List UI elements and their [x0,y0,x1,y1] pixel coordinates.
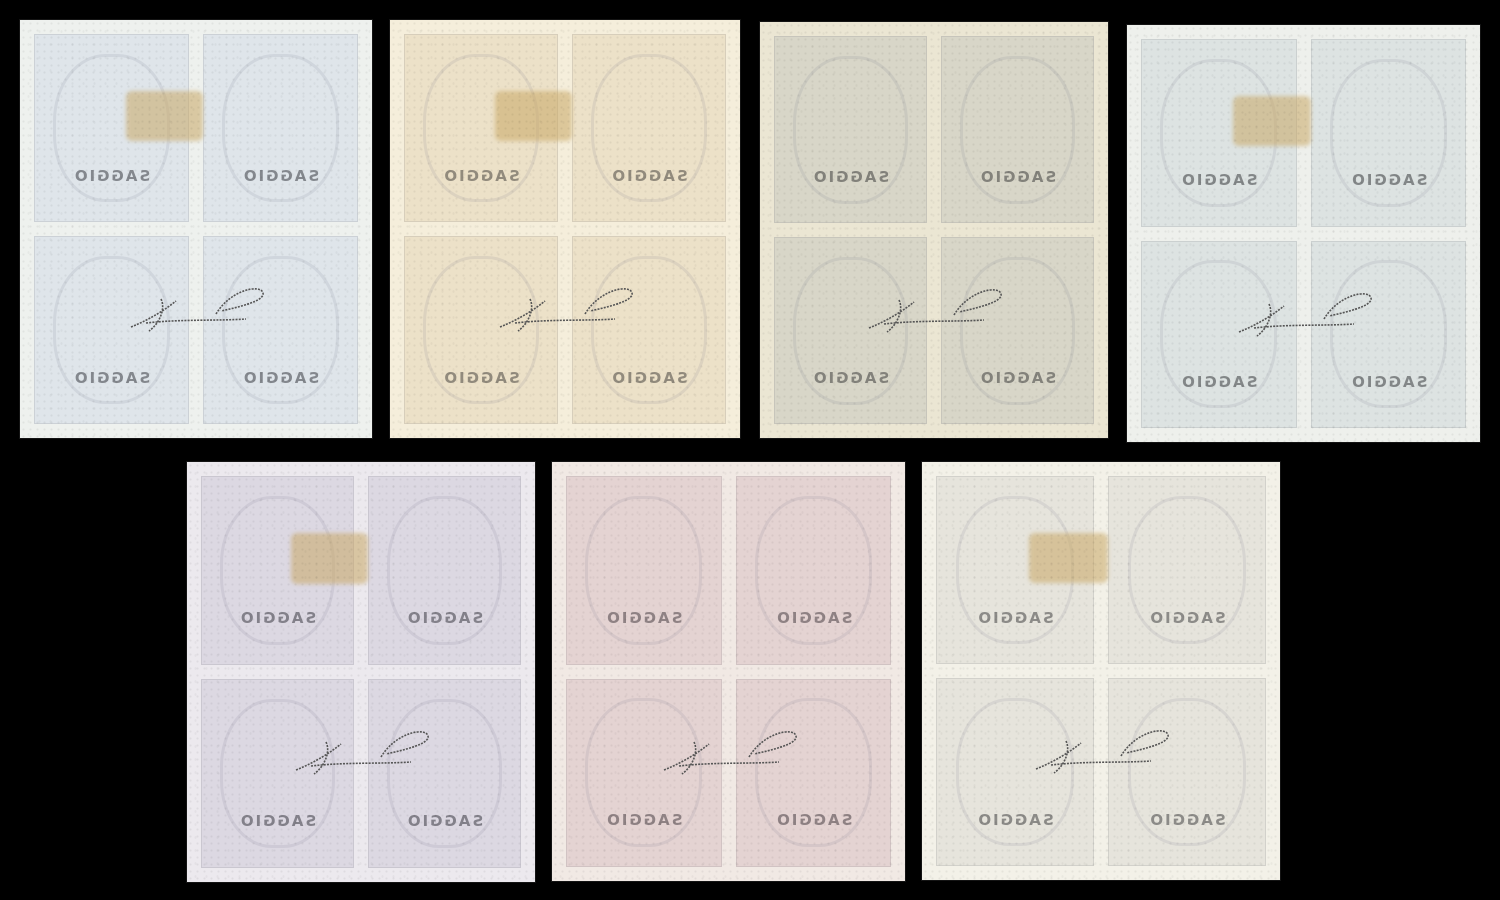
saggio-overprint: SAGGIO [369,812,520,830]
saggio-overprint: SAGGIO [35,167,188,185]
saggio-overprint: SAGGIO [573,369,725,387]
stamp-block-5: SAGGIOSAGGIOSAGGIOSAGGIO [187,462,535,882]
saggio-overprint: SAGGIO [204,369,357,387]
gutter-horizontal [187,665,535,679]
hinge-stain [1233,96,1311,146]
pencil-signature [1229,284,1379,344]
signature-icon [859,280,1009,340]
saggio-overprint: SAGGIO [202,609,353,627]
saggio-overprint: SAGGIO [737,609,891,627]
stamp-block-7: SAGGIOSAGGIOSAGGIOSAGGIO [922,462,1280,880]
signature-icon [286,722,436,782]
stamp-block-2: SAGGIOSAGGIOSAGGIOSAGGIO [390,20,740,438]
hinge-stain [1029,533,1108,583]
pencil-signature [286,722,436,782]
stamp: SAGGIO [203,34,358,222]
stamp: SAGGIO [1108,476,1266,664]
signature-icon [1026,721,1176,781]
saggio-overprint: SAGGIO [405,369,557,387]
stamp-block-4: SAGGIOSAGGIOSAGGIOSAGGIO [1127,25,1480,442]
saggio-overprint: SAGGIO [204,167,357,185]
gutter-horizontal [552,665,905,679]
saggio-overprint: SAGGIO [573,167,725,185]
saggio-overprint: SAGGIO [1312,171,1466,189]
stamp: SAGGIO [566,476,722,665]
saggio-overprint: SAGGIO [942,168,1093,186]
saggio-overprint: SAGGIO [567,811,721,829]
saggio-overprint: SAGGIO [1109,609,1265,627]
gutter-horizontal [922,664,1280,678]
saggio-overprint: SAGGIO [1109,811,1265,829]
saggio-overprint: SAGGIO [937,609,1093,627]
pencil-signature [859,280,1009,340]
saggio-overprint: SAGGIO [942,369,1093,387]
stamp: SAGGIO [572,34,726,222]
saggio-overprint: SAGGIO [775,168,926,186]
saggio-overprint: SAGGIO [737,811,891,829]
signature-icon [121,279,271,339]
stamp-block-6: SAGGIOSAGGIOSAGGIOSAGGIO [552,462,905,881]
pencil-signature [490,279,640,339]
stamp: SAGGIO [368,476,521,665]
gutter-horizontal [390,222,740,236]
hinge-stain [291,533,368,583]
stamp-block-1: SAGGIOSAGGIOSAGGIOSAGGIO [20,20,372,438]
hinge-stain [126,91,203,141]
hinge-stain [495,91,572,141]
stamp-block-3: SAGGIOSAGGIOSAGGIOSAGGIO [760,22,1108,438]
gutter-horizontal [1127,227,1480,241]
gutter-horizontal [20,222,372,236]
saggio-overprint: SAGGIO [369,609,520,627]
stamp: SAGGIO [1311,39,1467,227]
saggio-overprint: SAGGIO [1142,171,1296,189]
saggio-overprint: SAGGIO [35,369,188,387]
signature-icon [654,722,804,782]
stamp: SAGGIO [736,476,892,665]
stamp: SAGGIO [941,36,1094,223]
saggio-overprint: SAGGIO [937,811,1093,829]
saggio-overprint: SAGGIO [1312,373,1466,391]
pencil-signature [121,279,271,339]
gutter-horizontal [760,223,1108,237]
saggio-overprint: SAGGIO [1142,373,1296,391]
saggio-overprint: SAGGIO [775,369,926,387]
stamp: SAGGIO [774,36,927,223]
pencil-signature [1026,721,1176,781]
saggio-overprint: SAGGIO [202,812,353,830]
signature-icon [490,279,640,339]
saggio-overprint: SAGGIO [567,609,721,627]
saggio-overprint: SAGGIO [405,167,557,185]
signature-icon [1229,284,1379,344]
pencil-signature [654,722,804,782]
